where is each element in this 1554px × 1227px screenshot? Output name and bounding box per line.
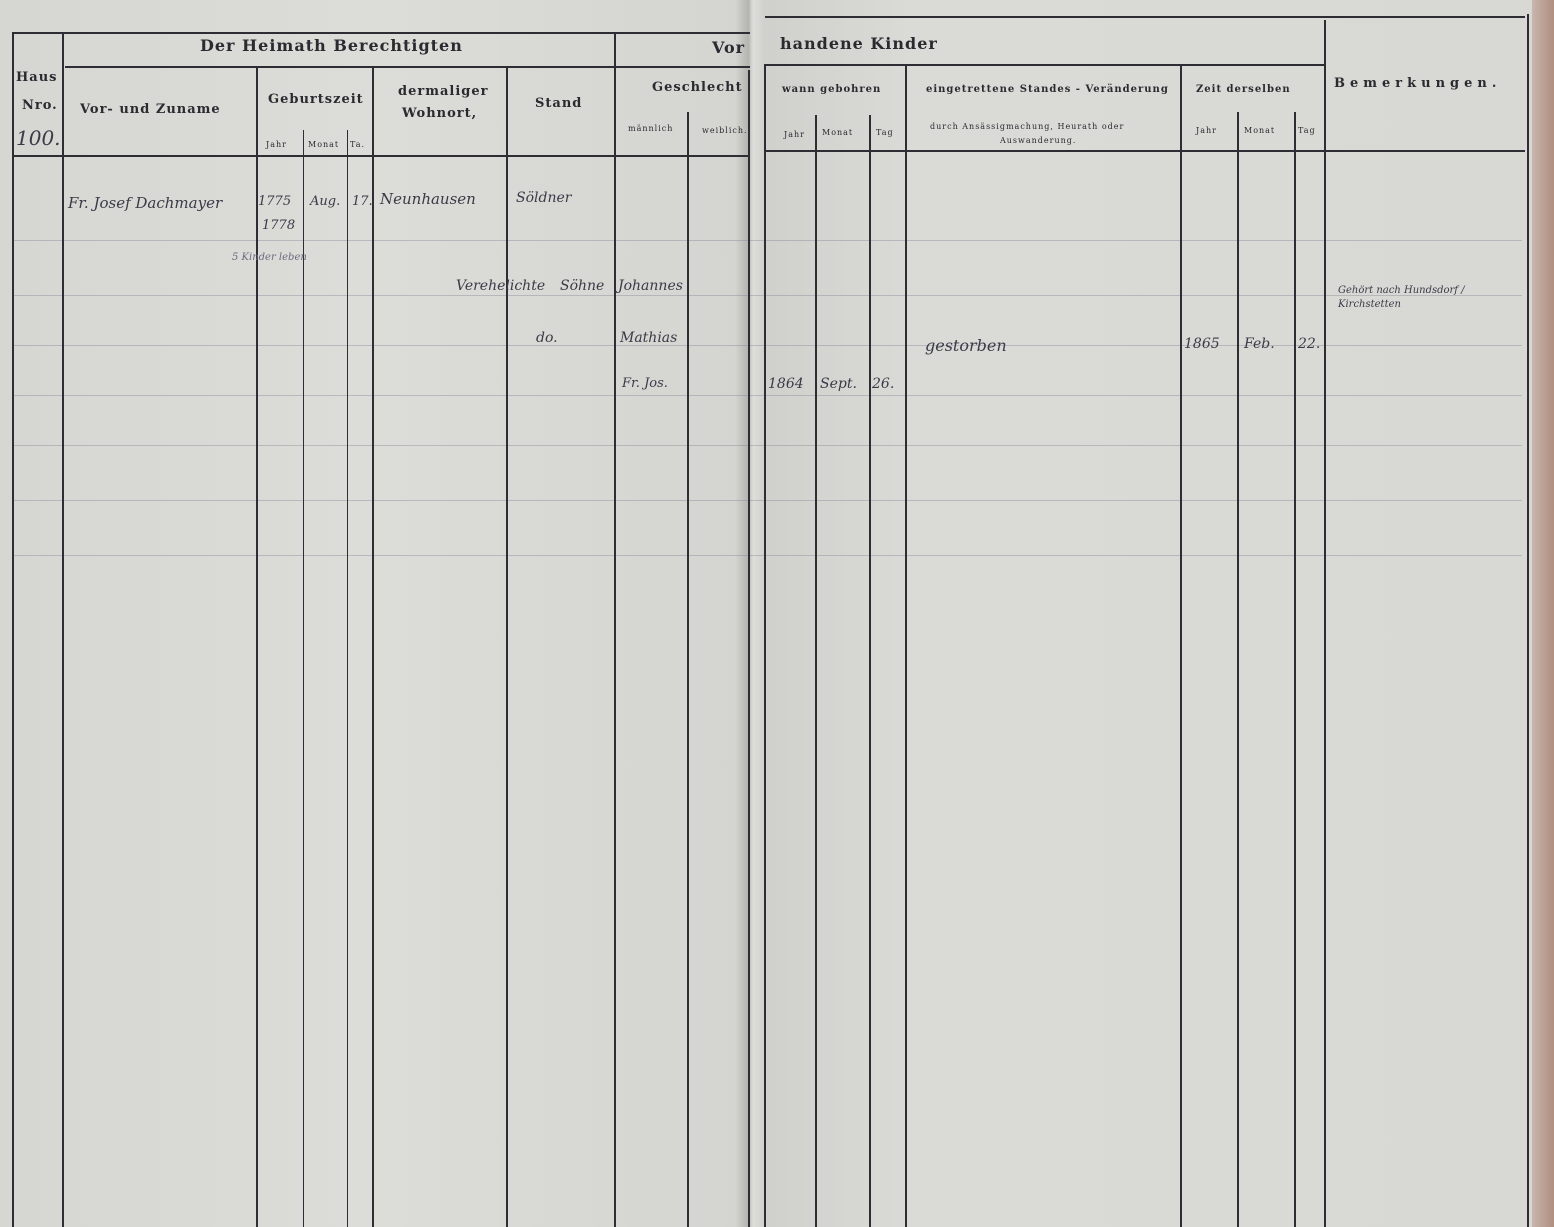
col-line xyxy=(1324,20,1326,1227)
title-vor: Vor xyxy=(712,38,745,57)
col-line xyxy=(687,112,689,1227)
nro-label: Nro. xyxy=(22,98,58,113)
col-line xyxy=(256,66,258,1227)
entry-birth-year-top: 1775 xyxy=(258,194,291,209)
col-header-zeit-jahr: Jahr xyxy=(1196,126,1217,135)
col-line xyxy=(12,32,14,1227)
col-header-wann-gebohren: wann gebohren xyxy=(782,84,881,95)
col-header-geschlecht: Geschlecht xyxy=(652,80,743,95)
col-header-zeit-derselben: Zeit derselben xyxy=(1196,84,1291,95)
col-header-standes-veraenderung: eingetrettene Standes - Veränderung xyxy=(926,84,1169,95)
entry-wohnort: Neunhausen xyxy=(380,190,476,208)
entry-row2-child: Johannes xyxy=(618,278,683,294)
col-line xyxy=(764,64,766,1227)
title-heimath-berechtigten: Der Heimath Berechtigten xyxy=(200,36,463,55)
entry-row4-born-month: Sept. xyxy=(820,376,857,392)
col-header-gebohren-jahr: Jahr xyxy=(784,130,805,139)
entry-birth-year: 1778 xyxy=(262,218,295,233)
subheader-border-right xyxy=(765,64,1325,66)
col-line xyxy=(506,66,508,1227)
title-vorhandene-kinder: handene Kinder xyxy=(780,34,938,53)
col-header-standes-sub-1: durch Ansässigmachung, Heurath oder xyxy=(930,122,1124,131)
entry-birth-month: Aug. xyxy=(310,194,340,209)
entry-row3-change-month: Feb. xyxy=(1244,336,1275,352)
col-line xyxy=(347,130,348,1227)
entry-row3-child: Mathias xyxy=(620,330,677,346)
top-border-right xyxy=(765,16,1525,18)
haus-nro-value: 100. xyxy=(16,126,61,150)
col-header-standes-sub-2: Auswanderung. xyxy=(1000,136,1076,145)
col-header-maennlich: männlich xyxy=(628,124,673,133)
header-bottom-right xyxy=(765,150,1525,152)
col-header-gebohren-monat: Monat xyxy=(822,128,853,137)
entry-row2-wohnort: Verehelichte xyxy=(456,278,545,294)
col-header-geb-jahr: Jahr xyxy=(266,140,287,149)
col-header-zeit-tag: Tag xyxy=(1298,126,1316,135)
col-header-zeit-monat: Monat xyxy=(1244,126,1275,135)
col-line xyxy=(614,32,616,1227)
entry-row3-change-day: 22. xyxy=(1298,336,1320,352)
col-header-bemerkungen: Bemerkungen. xyxy=(1334,76,1501,91)
col-header-gebohren-tag: Tag xyxy=(876,128,894,137)
entry-row4-child: Fr. Jos. xyxy=(622,376,668,391)
col-line xyxy=(1180,64,1182,1227)
top-border-left xyxy=(12,32,750,34)
entry-row4-born-day: 26. xyxy=(872,376,894,392)
entry-row3-change-year: 1865 xyxy=(1184,336,1220,352)
col-line xyxy=(303,130,304,1227)
col-header-geburtszeit: Geburtszeit xyxy=(268,92,364,107)
header-bottom-left xyxy=(12,155,750,157)
entry-row3-stand: do. xyxy=(536,330,558,346)
entry-stand: Söldner xyxy=(516,190,571,206)
entry-remark: Gehört nach Hundsdorf / Kirchstetten xyxy=(1338,284,1518,312)
col-header-wohnort-1: dermaliger xyxy=(398,84,488,99)
col-line xyxy=(815,115,817,1227)
col-line xyxy=(748,70,750,1227)
col-header-name: Vor- und Zuname xyxy=(80,102,221,117)
haus-label: Haus xyxy=(16,70,57,85)
col-line xyxy=(1527,14,1529,1227)
col-header-stand: Stand xyxy=(535,96,582,111)
book-gutter xyxy=(735,0,765,1227)
entry-birth-day: 17. xyxy=(352,194,373,209)
col-line xyxy=(1294,112,1296,1227)
col-header-wohnort-2: Wohnort, xyxy=(402,106,477,121)
col-header-geb-monat: Monat xyxy=(308,140,339,149)
col-line xyxy=(1237,112,1239,1227)
subheader-border-left xyxy=(65,66,750,68)
book-edge xyxy=(1532,0,1554,1227)
entry-row3-change: gestorben xyxy=(925,336,1007,355)
col-header-weiblich: weiblich. xyxy=(702,126,748,135)
entry-row4-born-year: 1864 xyxy=(768,376,804,392)
col-line xyxy=(869,115,871,1227)
entry-name: Fr. Josef Dachmayer xyxy=(68,194,222,212)
entry-note: 5 Kinder leben xyxy=(232,252,307,263)
entry-row2-stand: Söhne xyxy=(560,278,604,294)
col-line xyxy=(905,64,907,1227)
col-header-geb-tag: Ta. xyxy=(350,140,365,149)
col-line xyxy=(372,66,374,1227)
right-page xyxy=(752,0,1554,1227)
left-page xyxy=(0,0,752,1227)
col-line xyxy=(62,32,64,1227)
